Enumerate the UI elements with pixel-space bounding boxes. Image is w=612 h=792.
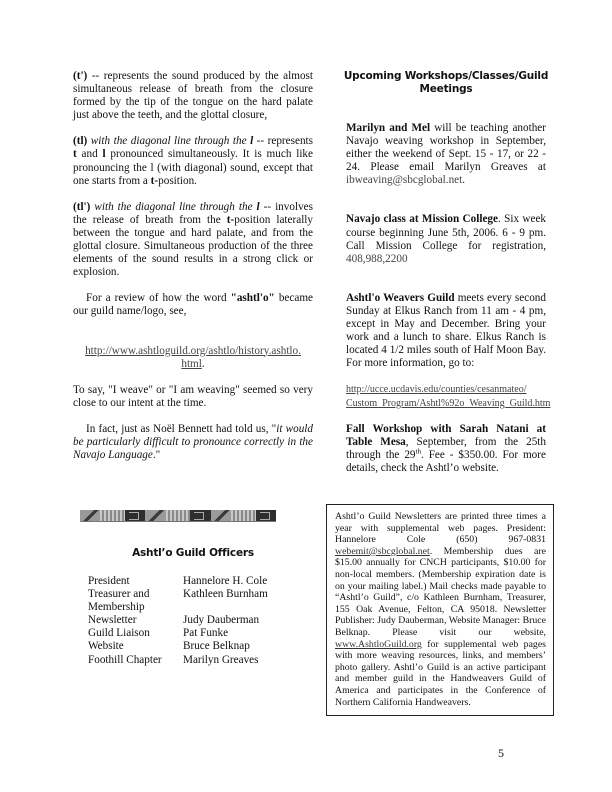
officers-table: PresidentHannelore H. Cole Treasurer and…	[88, 575, 313, 667]
marilyn-email-link[interactable]: ibweaving@sbcglobal.net	[346, 174, 462, 186]
text: -- represents	[253, 135, 313, 147]
officer-name: Kathleen Burnham	[183, 588, 313, 601]
info-box-text: Ashtl’o Guild Newsletters are printed th…	[335, 511, 546, 708]
navajo-pattern-banner	[80, 510, 276, 522]
paragraph-tl-prime: (tl') with the diagonal line through the…	[73, 201, 313, 280]
ucce-link-paragraph: http://ucce.ucdavis.edu/counties/cesanma…	[346, 383, 546, 409]
officers-heading: Ashtl’o Guild Officers	[73, 547, 313, 560]
officer-role: Foothill Chapter	[88, 654, 183, 667]
marilyn-workshop-paragraph: Marilyn and Mel will be teaching another…	[346, 122, 546, 187]
officer-role: Website	[88, 640, 183, 653]
webemit-email-link[interactable]: webemit@sbcglobal.net	[335, 546, 430, 557]
text: ."	[153, 449, 160, 461]
officer-name: Judy Dauberman	[183, 614, 313, 627]
ucce-link[interactable]: http://ucce.ucdavis.edu/counties/cesanma…	[346, 384, 550, 408]
text: In fact, just as Noël Bennett had told u…	[86, 423, 276, 435]
officer-row: Membership	[88, 601, 313, 614]
website-link[interactable]: www.AshtloGuild.org	[335, 639, 422, 650]
word-ashtlo: "ashtl'o"	[231, 292, 275, 304]
definition-text: -- represents the sound produced by the …	[73, 70, 313, 121]
text: position.	[158, 175, 197, 187]
officer-name: Pat Funke	[183, 627, 313, 640]
history-link[interactable]: http://www.ashtloguild.org/ashtlo/histor…	[85, 345, 301, 357]
workshops-heading: Upcoming Workshops/Classes/Guild Meeting…	[334, 70, 558, 96]
history-link-continued[interactable]: html	[181, 358, 202, 370]
term-tl-prime: (tl')	[73, 201, 90, 213]
paragraph-t-prime: (t') -- represents the sound produced by…	[73, 70, 313, 122]
italic-text: with the diagonal line through the	[90, 201, 256, 213]
bold-lead: Marilyn and Mel	[346, 122, 430, 134]
paragraph-weave: To say, "I weave" or "I am weaving" seem…	[73, 384, 313, 410]
officer-role: Guild Liaison	[88, 627, 183, 640]
officer-name: Marilyn Greaves	[183, 654, 313, 667]
page-number: 5	[498, 746, 504, 761]
text: For a review of how the word	[86, 292, 231, 304]
officer-row: Foothill ChapterMarilyn Greaves	[88, 654, 313, 667]
officer-row: Guild LiaisonPat Funke	[88, 627, 313, 640]
bold-lead: Navajo class at Mission College	[346, 213, 498, 225]
bold-lead: Ashtl'o Weavers Guild	[346, 292, 455, 304]
heading-line-2: Meetings	[334, 83, 558, 96]
officer-row: PresidentHannelore H. Cole	[88, 575, 313, 588]
text: . Membership dues are $15.00 annually fo…	[335, 546, 546, 638]
fall-workshop-paragraph: Fall Workshop with Sarah Natani at Table…	[346, 423, 546, 475]
weavers-guild-paragraph: Ashtl'o Weavers Guild meets every second…	[346, 292, 546, 371]
paragraph-review: For a review of how the word "ashtl'o" b…	[73, 292, 313, 318]
text: and	[77, 148, 103, 160]
officer-name: Hannelore H. Cole	[183, 575, 313, 588]
officer-role: President	[88, 575, 183, 588]
officer-row: NewsletterJudy Dauberman	[88, 614, 313, 627]
text: .	[462, 174, 465, 186]
term-tl: (tl)	[73, 135, 87, 147]
right-column: Upcoming Workshops/Classes/Guild Meeting…	[346, 70, 546, 475]
officer-name: Bruce Belknap	[183, 640, 313, 653]
heading-line-1: Upcoming Workshops/Classes/Guild	[334, 70, 558, 83]
newsletter-info-box: Ashtl’o Guild Newsletters are printed th…	[326, 504, 554, 716]
officer-role: Newsletter	[88, 614, 183, 627]
officer-role: Treasurer and	[88, 588, 183, 601]
left-column: (t') -- represents the sound produced by…	[73, 70, 313, 462]
officer-row: Treasurer andKathleen Burnham	[88, 588, 313, 601]
officer-row: WebsiteBruce Belknap	[88, 640, 313, 653]
officer-role: Membership	[88, 601, 183, 614]
bold-t-pos: t-	[151, 175, 158, 187]
mission-college-paragraph: Navajo class at Mission College. Six wee…	[346, 213, 546, 265]
paragraph-bennett: In fact, just as Noël Bennett had told u…	[73, 423, 313, 462]
text: Ashtl’o Guild Newsletters are printed th…	[335, 511, 546, 545]
italic-text: with the diagonal line through the	[87, 135, 250, 147]
history-link-paragraph: http://www.ashtloguild.org/ashtlo/histor…	[73, 345, 313, 371]
officer-name	[183, 601, 313, 614]
phone-number: 408,988,2200	[346, 253, 408, 265]
paragraph-tl: (tl) with the diagonal line through the …	[73, 135, 313, 187]
period: .	[202, 358, 205, 370]
term-t-prime: (t')	[73, 70, 87, 82]
